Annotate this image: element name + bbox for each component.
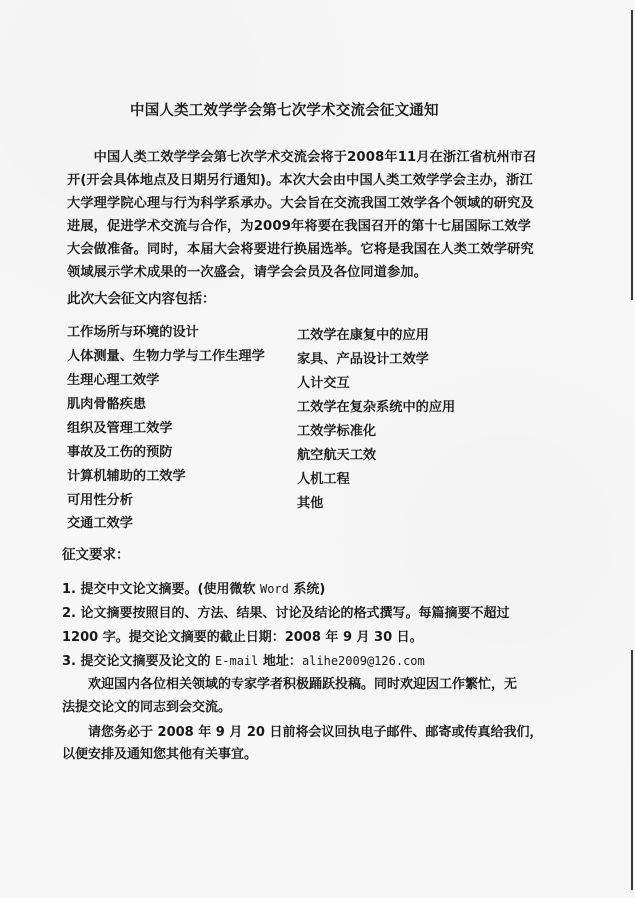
intro-line: 大会做准备。同时，本届大会将要进行换届选举。它将是我国在人类工效学研究 bbox=[67, 238, 534, 257]
scan-edge-shadow bbox=[631, 650, 633, 890]
closing-line: 法提交论文的同志到会交流。 bbox=[62, 696, 231, 715]
topic-item: 交通工效学 bbox=[67, 512, 133, 531]
email-address: alihe2009@126.com bbox=[302, 654, 425, 668]
document-title: 中国人类工效学学会第七次学术交流会征文通知 bbox=[130, 99, 439, 120]
intro-line: 中国人类工效学学会第七次学术交流会将于2008年11月在浙江省杭州市召 bbox=[67, 146, 536, 165]
requirement-text: 1. 提交中文论文摘要。(使用微软 bbox=[62, 582, 260, 597]
requirement-text: 2. 论文摘要按照目的、方法、结果、讨论及结论的格式撰写。每篇摘要不超过 bbox=[62, 606, 510, 621]
intro-line: 进展，促进学术交流与合作，为2009年将要在我国召开的第十七届国际工效学 bbox=[67, 215, 531, 234]
requirement-item: 2. 论文摘要按照目的、方法、结果、讨论及结论的格式撰写。每篇摘要不超过 bbox=[62, 602, 510, 621]
topic-item: 肌肉骨骼疾患 bbox=[67, 393, 146, 412]
topic-item: 人计交互 bbox=[297, 372, 350, 391]
scan-edge-shadow bbox=[631, 10, 633, 300]
requirement-item: 1. 提交中文论文摘要。(使用微软 Word 系统) bbox=[62, 578, 325, 597]
topic-item: 事故及工伤的预防 bbox=[67, 441, 173, 460]
closing-line: 请您务必于 2008 年 9 月 20 日前将会议回执电子邮件、邮寄或传真给我们… bbox=[62, 721, 542, 740]
topic-item: 生理心理工效学 bbox=[67, 369, 159, 388]
topic-item: 组织及管理工效学 bbox=[67, 417, 173, 436]
requirement-mono-text: Word bbox=[260, 582, 289, 596]
requirements-heading: 征文要求： bbox=[62, 543, 130, 563]
requirement-item: 3. 提交论文摘要及论文的 E-mail 地址：alihe2009@126.co… bbox=[62, 650, 425, 669]
requirement-mono-text: E-mail bbox=[215, 654, 258, 668]
scanned-page: 中国人类工效学学会第七次学术交流会征文通知 中国人类工效学学会第七次学术交流会将… bbox=[0, 0, 635, 898]
topic-item: 可用性分析 bbox=[67, 489, 133, 508]
requirement-text: 地址： bbox=[258, 654, 302, 669]
intro-line: 领域展示学术成果的一次盛会，请学会会员及各位同道参加。 bbox=[67, 261, 427, 280]
topic-item: 人体测量、生物力学与工作生理学 bbox=[67, 345, 265, 364]
topic-item: 其他 bbox=[297, 492, 323, 511]
closing-line: 以便安排及通知您其他有关事宜。 bbox=[62, 743, 257, 762]
topic-item: 人机工程 bbox=[297, 468, 350, 487]
intro-line: 开(开会具体地点及日期另行通知)。本次大会由中国人类工效学学会主办，浙江 bbox=[67, 169, 533, 188]
requirement-text: 系统) bbox=[289, 582, 325, 597]
topic-item: 航空航天工效 bbox=[297, 444, 376, 463]
requirement-item: 1200 字。提交论文摘要的截止日期：2008 年 9 月 30 日。 bbox=[62, 626, 423, 645]
topic-item: 计算机辅助的工效学 bbox=[67, 465, 186, 484]
closing-line: 欢迎国内各位相关领域的专家学者积极踊跃投稿。同时欢迎因工作繁忙，无 bbox=[62, 673, 517, 692]
topic-item: 工作场所与环境的设计 bbox=[67, 321, 199, 340]
topic-item: 工效学在复杂系统中的应用 bbox=[297, 396, 455, 415]
topics-heading: 此次大会征文内容包括： bbox=[67, 287, 216, 307]
requirement-text: 1200 字。提交论文摘要的截止日期：2008 年 9 月 30 日。 bbox=[62, 630, 423, 645]
topic-item: 工效学标准化 bbox=[297, 420, 376, 439]
intro-line: 大学理学院心理与行为科学系承办。大会旨在交流我国工效学各个领域的研究及 bbox=[67, 192, 534, 211]
topic-item: 工效学在康复中的应用 bbox=[297, 324, 429, 343]
requirement-text: 3. 提交论文摘要及论文的 bbox=[62, 654, 215, 669]
topic-item: 家具、产品设计工效学 bbox=[297, 348, 429, 367]
